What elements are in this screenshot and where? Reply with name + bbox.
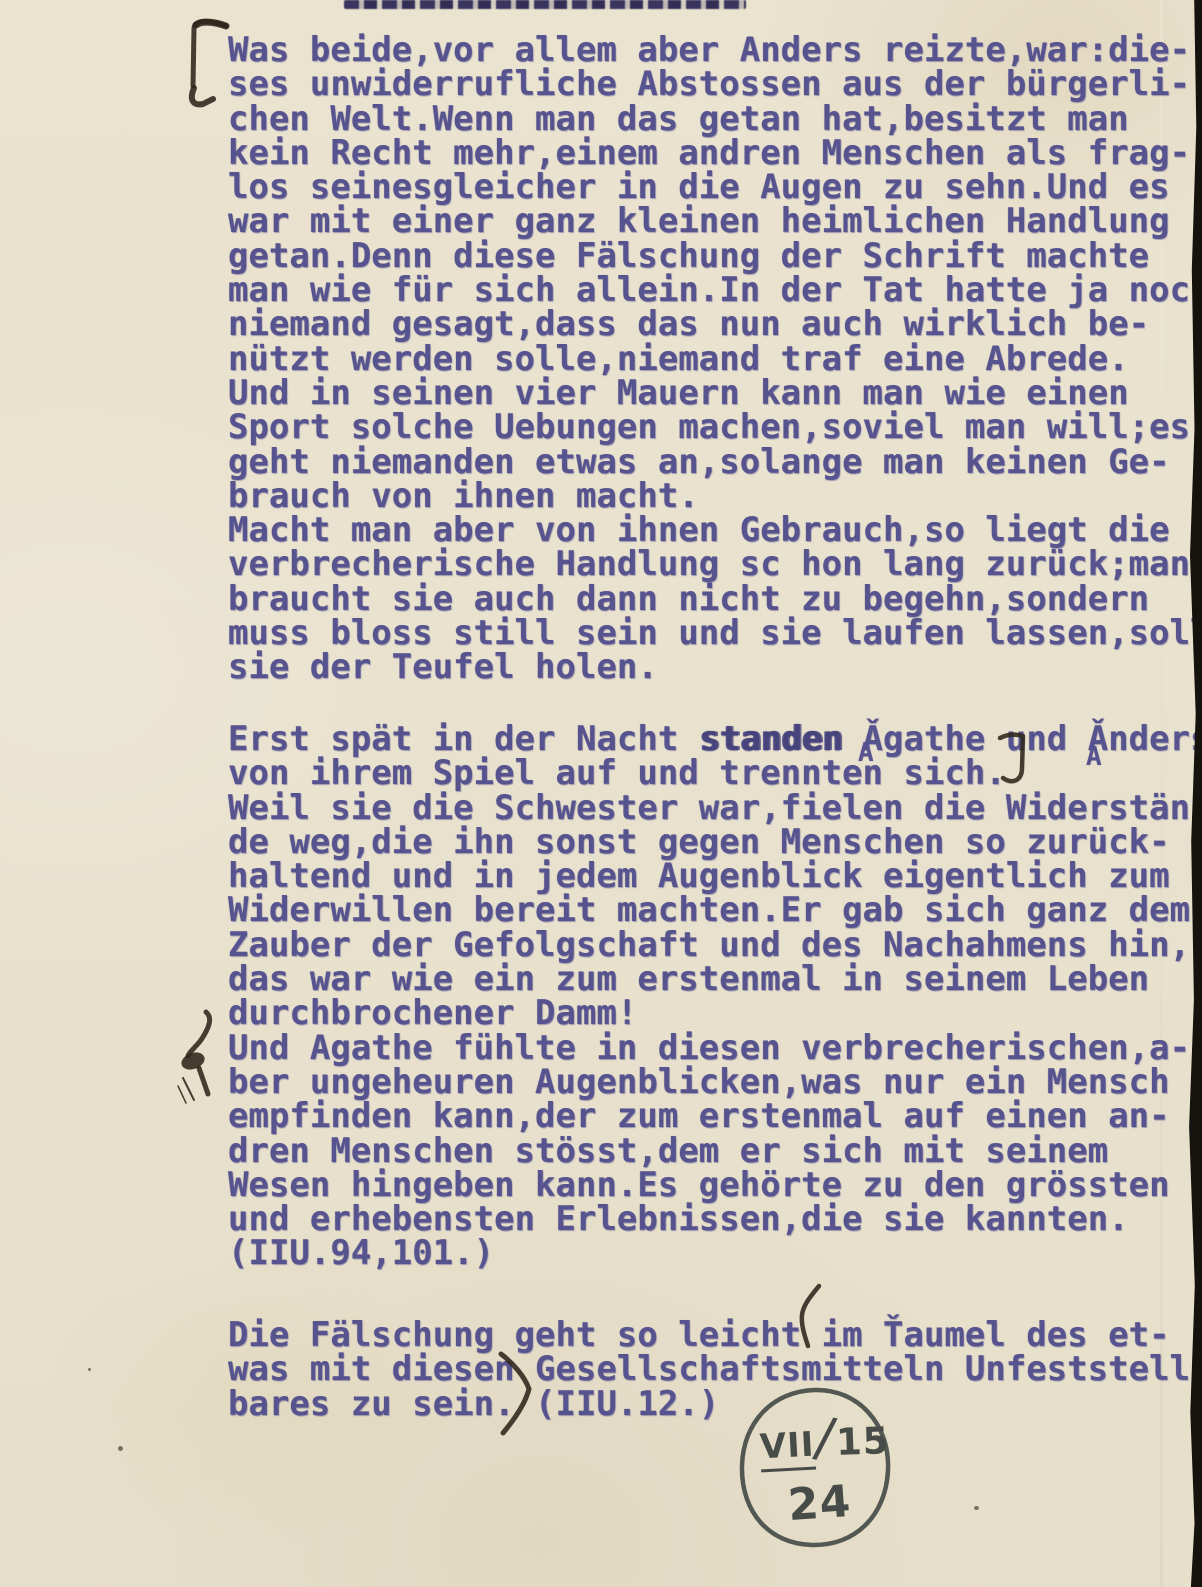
handwritten-margin-insert-mark-icon: [172, 1006, 226, 1112]
typed-line: Widerwillen bereit machten.Er gab sich g…: [228, 893, 1202, 927]
typed-line: nützt werden solle,niemand traf eine Abr…: [228, 342, 1202, 376]
typed-line: ber ungeheuren Augenblicken,was nur ein …: [228, 1065, 1202, 1099]
stamp-roman-numeral: VII: [759, 1425, 816, 1473]
typed-line: Und in seinen vier Mauern kann man wie e…: [228, 376, 1202, 410]
typed-line: haltend und in jedem Augenblick eigentli…: [228, 859, 1202, 893]
handwritten-open-paren-icon: [790, 1282, 824, 1352]
typed-line: verbrecherische Handlung sc hon lang zur…: [228, 547, 1202, 581]
stamp-upper-number: 15: [835, 1419, 890, 1464]
typed-line: (IIU.94,101.): [228, 1236, 1202, 1270]
manuscript-page: Was beide,vor allem aber Anders reizte,w…: [0, 0, 1202, 1587]
typed-line: man wie für sich allein.In der Tat hatte…: [228, 273, 1202, 307]
typed-line: Wesen hingeben kann.Es gehörte zu den gr…: [228, 1168, 1202, 1202]
typed-line: von ihrem Spiel auf und trennten sich.: [228, 756, 1202, 790]
typed-line: los seinesgleicher in die Augen zu sehn.…: [228, 170, 1202, 204]
typed-line: kein Recht mehr,einem andren Menschen al…: [228, 136, 1202, 170]
typed-line: getan.Denn diese Fälschung der Schrift m…: [228, 239, 1202, 273]
typed-paragraph-2: Erst spät in der Nacht standen Ǎgathe un…: [228, 722, 1202, 1271]
typed-line: braucht sie auch dann nicht zu begehn,so…: [228, 582, 1202, 616]
scan-top-edge-smudge: [344, 0, 746, 9]
overtyped-word: standen: [700, 722, 843, 756]
typed-line: Und Agathe fühlte in diesen verbrecheris…: [228, 1031, 1202, 1065]
typed-line: chen Welt.Wenn man das getan hat,besitzt…: [228, 102, 1202, 136]
typed-line: muss bloss still sein und sie laufen las…: [228, 616, 1202, 650]
paper-speck: [974, 1506, 979, 1510]
handwritten-opening-bracket-icon: [178, 16, 234, 112]
typed-line: sie der Teufel holen.: [228, 650, 1202, 684]
paper-speck: [88, 1368, 91, 1371]
typed-line: dren Menschen stösst,dem er sich mit sei…: [228, 1134, 1202, 1168]
typed-line: geht niemanden etwas an,solange man kein…: [228, 445, 1202, 479]
typed-line: ses unwiderrufliche Abstossen aus der bü…: [228, 67, 1202, 101]
typed-line: brauch von ihnen macht.: [228, 479, 1202, 513]
interline-letter-anders: A: [1086, 744, 1102, 770]
handwritten-closing-bracket-icon: [996, 730, 1034, 790]
typed-paragraph-1: Was beide,vor allem aber Anders reizte,w…: [228, 33, 1202, 685]
typed-line: Zauber der Gefolgschaft und des Nachahme…: [228, 928, 1202, 962]
typed-line: niemand gesagt,dass das nun auch wirklic…: [228, 307, 1202, 341]
typed-line: Macht man aber von ihnen Gebrauch,so lie…: [228, 513, 1202, 547]
typed-line: was mit diesen Gesellschaftsmitteln Unfe…: [228, 1352, 1190, 1386]
typed-line: durchbrochener Damm!: [228, 996, 1202, 1030]
typed-line: das war wie ein zum erstenmal in seinem …: [228, 962, 1202, 996]
stamp-lower-number: 24: [786, 1476, 853, 1531]
typed-paragraph-3: Die Fälschung geht so leicht im Ťaumel d…: [228, 1318, 1190, 1421]
typed-line: empfinden kann,der zum erstenmal auf ein…: [228, 1099, 1202, 1133]
typed-line: de weg,die ihn sonst gegen Menschen so z…: [228, 825, 1202, 859]
archive-stamp: VII / 15 24: [734, 1384, 896, 1552]
typed-line: bares zu sein. (IIU.12.): [228, 1387, 1190, 1421]
interline-letter-agathe: A: [858, 740, 874, 766]
paper-speck: [118, 1446, 123, 1451]
typed-line: Sport solche Uebungen machen,soviel man …: [228, 410, 1202, 444]
typed-line: Weil sie die Schwester war,fielen die Wi…: [228, 791, 1202, 825]
typed-line: war mit einer ganz kleinen heimlichen Ha…: [228, 204, 1202, 238]
handwritten-close-angle-icon: [492, 1346, 542, 1442]
typed-line: Was beide,vor allem aber Anders reizte,w…: [228, 33, 1202, 67]
typed-line: Die Fälschung geht so leicht im Ťaumel d…: [228, 1318, 1190, 1352]
typed-line: und erhebensten Erlebnissen,die sie kann…: [228, 1202, 1202, 1236]
